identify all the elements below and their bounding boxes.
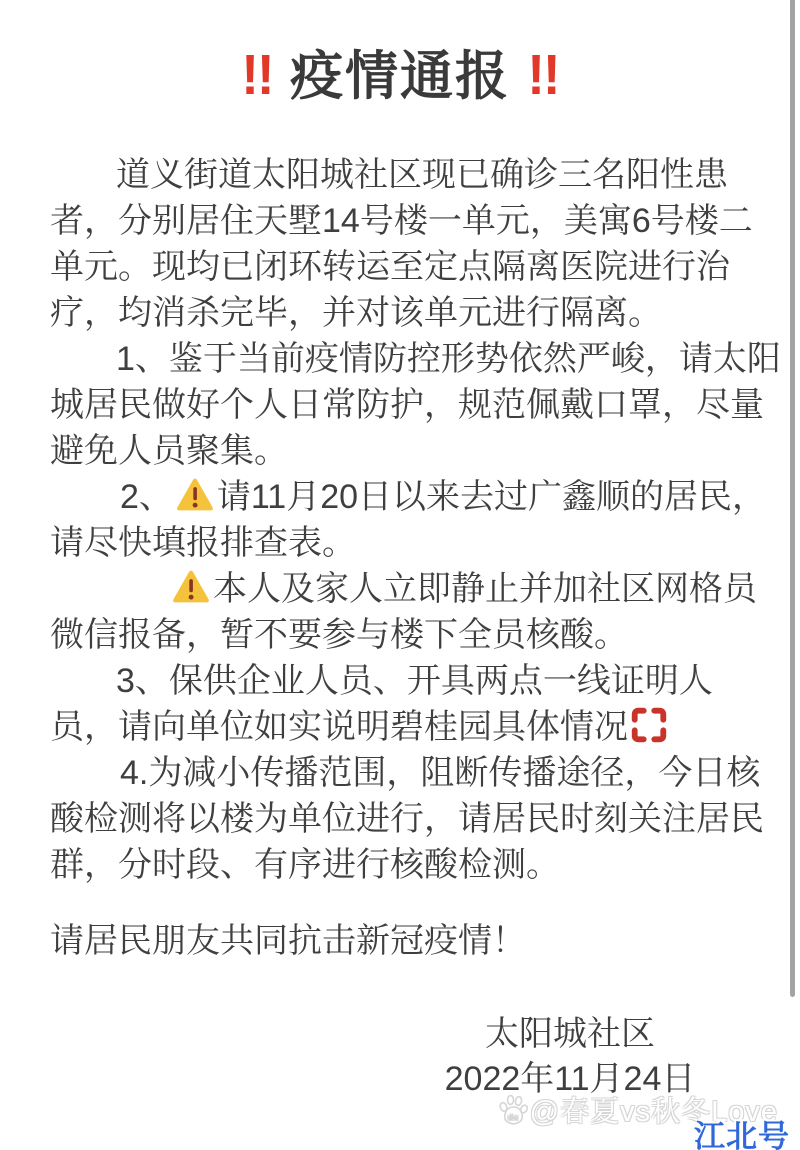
signature-name: 太阳城社区 <box>405 1012 735 1057</box>
line-text: 4.为减小传播范围，阻断传播途径，今日核 <box>120 754 760 792</box>
notice-line: 本人及家人立即静止并加社区网格员 <box>50 566 750 612</box>
notice-line: 城居民做好个人日常防护，规范佩戴口罩，尽量 <box>50 382 750 428</box>
warning-icon <box>172 569 210 605</box>
notice-line: 请尽快填报排查表。 <box>50 520 750 566</box>
paw-label: du <box>508 1113 519 1122</box>
notice-line: 避免人员聚集。 <box>50 428 750 474</box>
double-exclamation-icon: !! <box>241 42 272 108</box>
closing-line: 请居民朋友共同抗击新冠疫情！ <box>50 918 526 964</box>
notice-line: 酸检测将以楼为单位进行，请居民时刻关注居民 <box>50 796 750 842</box>
line-text: 员，请向单位如实说明碧桂园具体情况 <box>50 708 628 746</box>
line-text: 请尽快填报排查表。 <box>50 524 356 562</box>
notice-line: 者，分别居住天墅14号楼一单元，美寓6号楼二 <box>50 198 750 244</box>
line-text: 本人及家人立即静止并加社区网格员 <box>213 570 757 608</box>
notice-line: 疗，均消杀完毕，并对该单元进行隔离。 <box>50 290 750 336</box>
page-title: !!疫情通报!! <box>0 34 800 110</box>
notice-line: 单元。现均已闭环转运至定点隔离医院进行治 <box>50 244 750 290</box>
notice-line: 1、鉴于当前疫情防控形势依然严峻，请太阳 <box>50 336 750 382</box>
line-text: 3、保供企业人员、开具两点一线证明人 <box>116 662 713 700</box>
line-text: 请11月20日以来去过广鑫顺的居民， <box>217 478 766 516</box>
notice-line: 4.为减小传播范围，阻断传播途径，今日核 <box>50 750 750 796</box>
anger-symbol-icon <box>631 707 667 743</box>
line-text: 单元。现均已闭环转运至定点隔离医院进行治 <box>50 248 730 286</box>
notice-page: !!疫情通报!! 道义街道太阳城社区现已确诊三名阳性患 者，分别居住天墅14号楼… <box>0 0 800 1150</box>
notice-body: 道义街道太阳城社区现已确诊三名阳性患 者，分别居住天墅14号楼一单元，美寓6号楼… <box>50 152 750 888</box>
scrollbar[interactable] <box>790 0 795 997</box>
paw-icon: du <box>498 1094 528 1126</box>
line-text: 微信报备，暂不要参与楼下全员核酸。 <box>50 616 628 654</box>
line-text: 道义街道太阳城社区现已确诊三名阳性患 <box>116 156 728 194</box>
line-text: 2、 <box>120 478 173 516</box>
notice-line: 微信报备，暂不要参与楼下全员核酸。 <box>50 612 750 658</box>
line-text: 1、鉴于当前疫情防控形势依然严峻，请太阳 <box>116 340 781 378</box>
line-text: 城居民做好个人日常防护，规范佩戴口罩，尽量 <box>50 386 764 424</box>
line-text: 者，分别居住天墅14号楼一单元，美寓6号楼二 <box>50 202 753 240</box>
line-text: 疗，均消杀完毕，并对该单元进行隔离。 <box>50 294 662 332</box>
warning-icon <box>176 477 214 513</box>
watermark-badge: 江北号 <box>694 1111 790 1150</box>
notice-line: 2、请11月20日以来去过广鑫顺的居民， <box>50 474 750 520</box>
line-text: 酸检测将以楼为单位进行，请居民时刻关注居民 <box>50 800 764 838</box>
notice-line: 道义街道太阳城社区现已确诊三名阳性患 <box>50 152 750 198</box>
page-title-text: 疫情通报 <box>290 47 510 106</box>
notice-line: 群，分时段、有序进行核酸检测。 <box>50 842 750 888</box>
line-text: 避免人员聚集。 <box>50 432 288 470</box>
line-text: 群，分时段、有序进行核酸检测。 <box>50 846 560 884</box>
notice-line: 员，请向单位如实说明碧桂园具体情况 <box>50 704 750 750</box>
double-exclamation-icon: !! <box>527 42 558 108</box>
notice-line: 3、保供企业人员、开具两点一线证明人 <box>50 658 750 704</box>
